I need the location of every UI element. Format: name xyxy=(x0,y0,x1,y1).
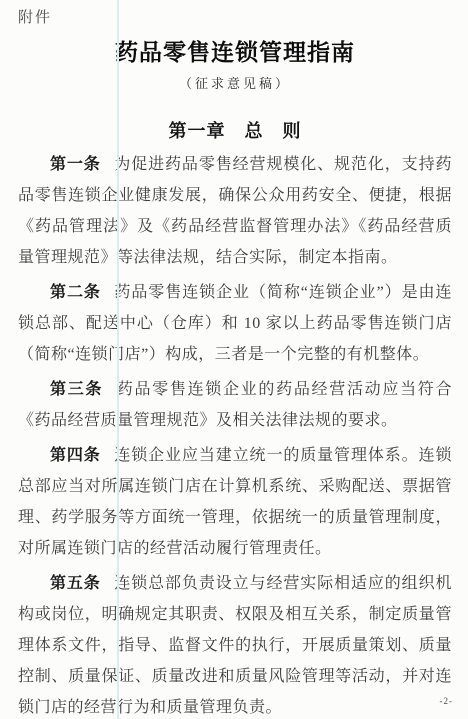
document-subtitle: （征求意见稿） xyxy=(18,75,452,93)
article-label-2: 第二条 xyxy=(50,284,101,301)
article-paragraph-4: 第四条连锁企业应当建立统一的质量管理体系。连锁总部应当对所属连锁门店在计算机系统… xyxy=(18,440,452,564)
article-text-5: 连锁总部负责设立与经营实际相适应的组织机构或岗位，明确规定其职责、权限及相互关系… xyxy=(18,575,452,716)
document-title: 药品零售连锁管理指南 xyxy=(18,38,452,68)
article-label-1: 第一条 xyxy=(50,156,101,173)
article-label-4: 第四条 xyxy=(50,447,101,464)
attachment-label: 附件 xyxy=(18,8,452,28)
article-label-3: 第三条 xyxy=(50,381,103,398)
chapter-heading: 第一章 总 则 xyxy=(18,119,452,143)
article-paragraph-5: 第五条连锁总部负责设立与经营实际相适应的组织机构或岗位，明确规定其职责、权限及相… xyxy=(18,568,452,719)
article-paragraph-3: 第三条药品零售连锁企业的药品经营活动应当符合《药品经营质量管理规范》及相关法律法… xyxy=(18,374,452,436)
page-number: -2- xyxy=(440,696,454,706)
document-page: 附件 药品零售连锁管理指南 （征求意见稿） 第一章 总 则 第一条为促进药品零售… xyxy=(0,0,468,719)
article-paragraph-2: 第二条药品零售连锁企业（简称“连锁企业”）是由连锁总部、配送中心（仓库）和 10… xyxy=(18,277,452,370)
article-label-5: 第五条 xyxy=(50,575,101,592)
article-paragraph-1: 第一条为促进药品零售经营规模化、规范化，支持药品零售连锁企业健康发展，确保公众用… xyxy=(18,149,452,273)
